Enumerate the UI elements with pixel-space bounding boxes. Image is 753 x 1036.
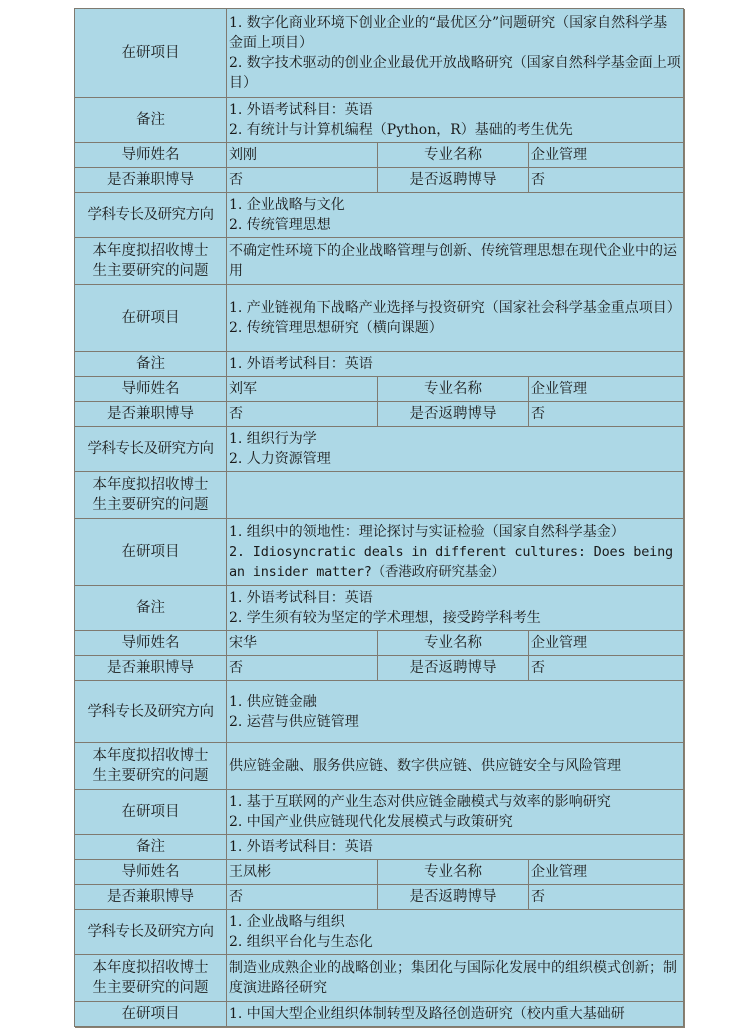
part-time-value: 否 [227,402,378,427]
projects-value: 1. 中国大型企业组织体制转型及路径创造研究（校内重大基础研 [227,1002,684,1027]
rehired-value: 否 [529,402,684,427]
table-row-research-direction: 学科专长及研究方向 1. 供应链金融 2. 运营与供应链管理 [75,681,684,743]
part-time-label: 是否兼职博导 [75,402,227,427]
direction-item: 1. 企业战略与组织 [229,912,681,932]
projects-label: 在研项目 [75,285,227,352]
projects-value: 1. 基于互联网的产业生态对供应链金融模式与效率的影响研究 2. 中国产业供应链… [227,790,684,835]
main-questions-label: 本年度拟招收博士 生主要研究的问题 [75,955,227,1002]
project-item: 2. 传统管理思想研究（横向课题） [229,318,681,338]
note-item: 2. 学生须有较为坚定的学术理想，接受跨学科考生 [229,608,681,628]
project-item: 2. 数字技术驱动的创业企业最优开放战略研究（国家自然科学基金面上项目） [229,53,681,93]
main-questions-value: 不确定性环境下的企业战略管理与创新、传统管理思想在现代企业中的运用 [227,238,684,285]
major-name-label: 专业名称 [378,631,529,656]
project-item: 1. 基于互联网的产业生态对供应链金融模式与效率的影响研究 [229,792,681,812]
main-questions-label: 本年度拟招收博士 生主要研究的问题 [75,472,227,519]
projects-value: 1. 组织中的领地性：理论探讨与实证检验（国家自然科学基金） 2. Idiosy… [227,519,684,586]
research-direction-value: 1. 供应链金融 2. 运营与供应链管理 [227,681,684,743]
direction-item: 2. 运营与供应链管理 [229,712,681,732]
rehired-value: 否 [529,885,684,910]
project-item: 1. 数字化商业环境下创业企业的“最优区分”问题研究（国家自然科学基金面上项目） [229,13,681,53]
projects-label: 在研项目 [75,790,227,835]
table-row-notes: 备注 1. 外语考试科目：英语 2. 有统计与计算机编程（Python，R）基础… [75,98,684,143]
project-item: 1. 组织中的领地性：理论探讨与实证检验（国家自然科学基金） [229,522,681,542]
advisor-name-value: 刘刚 [227,143,378,168]
table-row-main-questions: 本年度拟招收博士 生主要研究的问题 不确定性环境下的企业战略管理与创新、传统管理… [75,238,684,285]
major-name-value: 企业管理 [529,860,684,885]
main-questions-label: 本年度拟招收博士 生主要研究的问题 [75,238,227,285]
project-item: 1. 中国大型企业组织体制转型及路径创造研究（校内重大基础研 [229,1004,681,1024]
notes-value: 1. 外语考试科目：英语 [227,352,684,377]
note-item: 1. 外语考试科目：英语 [229,588,681,608]
main-questions-value [227,472,684,519]
notes-label: 备注 [75,98,227,143]
table-row-research-direction: 学科专长及研究方向 1. 企业战略与文化 2. 传统管理思想 [75,193,684,238]
rehired-value: 否 [529,168,684,193]
table-row-projects: 在研项目 1. 产业链视角下战略产业选择与投资研究（国家社会科学基金重点项目） … [75,285,684,352]
major-name-label: 专业名称 [378,860,529,885]
notes-value: 1. 外语考试科目：英语 [227,835,684,860]
table-row-main-questions: 本年度拟招收博士 生主要研究的问题 供应链金融、服务供应链、数字供应链、供应链安… [75,743,684,790]
research-direction-value: 1. 企业战略与文化 2. 传统管理思想 [227,193,684,238]
table-row-advisor-name: 导师姓名 刘刚 专业名称 企业管理 [75,143,684,168]
research-direction-label: 学科专长及研究方向 [75,910,227,955]
major-name-value: 企业管理 [529,631,684,656]
table-row-advisor-name: 导师姓名 宋华 专业名称 企业管理 [75,631,684,656]
advisor-name-label: 导师姓名 [75,631,227,656]
projects-label: 在研项目 [75,9,227,98]
notes-label: 备注 [75,352,227,377]
rehired-label: 是否返聘博导 [378,885,529,910]
advisor-name-value: 王凤彬 [227,860,378,885]
research-direction-value: 1. 组织行为学 2. 人力资源管理 [227,427,684,472]
table-row-projects: 在研项目 1. 数字化商业环境下创业企业的“最优区分”问题研究（国家自然科学基金… [75,9,684,98]
part-time-value: 否 [227,885,378,910]
research-direction-label: 学科专长及研究方向 [75,193,227,238]
note-item: 2. 有统计与计算机编程（Python，R）基础的考生优先 [229,120,681,140]
direction-item: 2. 人力资源管理 [229,449,681,469]
main-questions-label: 本年度拟招收博士 生主要研究的问题 [75,743,227,790]
advisor-info-document: 在研项目 1. 数字化商业环境下创业企业的“最优区分”问题研究（国家自然科学基金… [74,8,683,1027]
note-item: 1. 外语考试科目：英语 [229,837,681,857]
part-time-label: 是否兼职博导 [75,885,227,910]
major-name-label: 专业名称 [378,377,529,402]
part-time-value: 否 [227,168,378,193]
table-row-research-direction: 学科专长及研究方向 1. 组织行为学 2. 人力资源管理 [75,427,684,472]
direction-item: 1. 组织行为学 [229,429,681,449]
part-time-value: 否 [227,656,378,681]
projects-value: 1. 产业链视角下战略产业选择与投资研究（国家社会科学基金重点项目） 2. 传统… [227,285,684,352]
advisor-name-value: 宋华 [227,631,378,656]
table-row-notes: 备注 1. 外语考试科目：英语 [75,352,684,377]
table-row-part-time: 是否兼职博导 否 是否返聘博导 否 [75,885,684,910]
research-direction-value: 1. 企业战略与组织 2. 组织平台化与生态化 [227,910,684,955]
table-row-advisor-name: 导师姓名 王凤彬 专业名称 企业管理 [75,860,684,885]
rehired-value: 否 [529,656,684,681]
research-direction-label: 学科专长及研究方向 [75,681,227,743]
major-name-value: 企业管理 [529,143,684,168]
table-row-part-time: 是否兼职博导 否 是否返聘博导 否 [75,656,684,681]
direction-item: 1. 供应链金融 [229,692,681,712]
table-row-projects: 在研项目 1. 基于互联网的产业生态对供应链金融模式与效率的影响研究 2. 中国… [75,790,684,835]
project-item: 1. 产业链视角下战略产业选择与投资研究（国家社会科学基金重点项目） [229,298,681,318]
research-direction-label: 学科专长及研究方向 [75,427,227,472]
table-row-research-direction: 学科专长及研究方向 1. 企业战略与组织 2. 组织平台化与生态化 [75,910,684,955]
notes-label: 备注 [75,586,227,631]
table-row-main-questions: 本年度拟招收博士 生主要研究的问题 [75,472,684,519]
table-row-projects: 在研项目 1. 中国大型企业组织体制转型及路径创造研究（校内重大基础研 [75,1002,684,1027]
direction-item: 2. 组织平台化与生态化 [229,932,681,952]
direction-item: 2. 传统管理思想 [229,215,681,235]
projects-value: 1. 数字化商业环境下创业企业的“最优区分”问题研究（国家自然科学基金面上项目）… [227,9,684,98]
direction-item: 1. 企业战略与文化 [229,195,681,215]
note-item: 1. 外语考试科目：英语 [229,354,681,374]
table-row-part-time: 是否兼职博导 否 是否返聘博导 否 [75,168,684,193]
advisor-name-value: 刘军 [227,377,378,402]
main-questions-value: 供应链金融、服务供应链、数字供应链、供应链安全与风险管理 [227,743,684,790]
major-name-label: 专业名称 [378,143,529,168]
table-row-main-questions: 本年度拟招收博士 生主要研究的问题 制造业成熟企业的战略创业；集团化与国际化发展… [75,955,684,1002]
project-item: 2. Idiosyncratic deals in different cult… [229,542,681,582]
rehired-label: 是否返聘博导 [378,402,529,427]
table-row-projects: 在研项目 1. 组织中的领地性：理论探讨与实证检验（国家自然科学基金） 2. I… [75,519,684,586]
advisor-info-table: 在研项目 1. 数字化商业环境下创业企业的“最优区分”问题研究（国家自然科学基金… [74,8,684,1027]
table-row-part-time: 是否兼职博导 否 是否返聘博导 否 [75,402,684,427]
advisor-name-label: 导师姓名 [75,143,227,168]
projects-label: 在研项目 [75,1002,227,1027]
table-row-advisor-name: 导师姓名 刘军 专业名称 企业管理 [75,377,684,402]
table-row-notes: 备注 1. 外语考试科目：英语 2. 学生须有较为坚定的学术理想，接受跨学科考生 [75,586,684,631]
part-time-label: 是否兼职博导 [75,168,227,193]
notes-value: 1. 外语考试科目：英语 2. 有统计与计算机编程（Python，R）基础的考生… [227,98,684,143]
project-item: 2. 中国产业供应链现代化发展模式与政策研究 [229,812,681,832]
rehired-label: 是否返聘博导 [378,656,529,681]
projects-label: 在研项目 [75,519,227,586]
advisor-name-label: 导师姓名 [75,860,227,885]
major-name-value: 企业管理 [529,377,684,402]
notes-label: 备注 [75,835,227,860]
notes-value: 1. 外语考试科目：英语 2. 学生须有较为坚定的学术理想，接受跨学科考生 [227,586,684,631]
table-row-notes: 备注 1. 外语考试科目：英语 [75,835,684,860]
part-time-label: 是否兼职博导 [75,656,227,681]
note-item: 1. 外语考试科目：英语 [229,100,681,120]
advisor-name-label: 导师姓名 [75,377,227,402]
main-questions-value: 制造业成熟企业的战略创业；集团化与国际化发展中的组织模式创新；制度演进路径研究 [227,955,684,1002]
rehired-label: 是否返聘博导 [378,168,529,193]
